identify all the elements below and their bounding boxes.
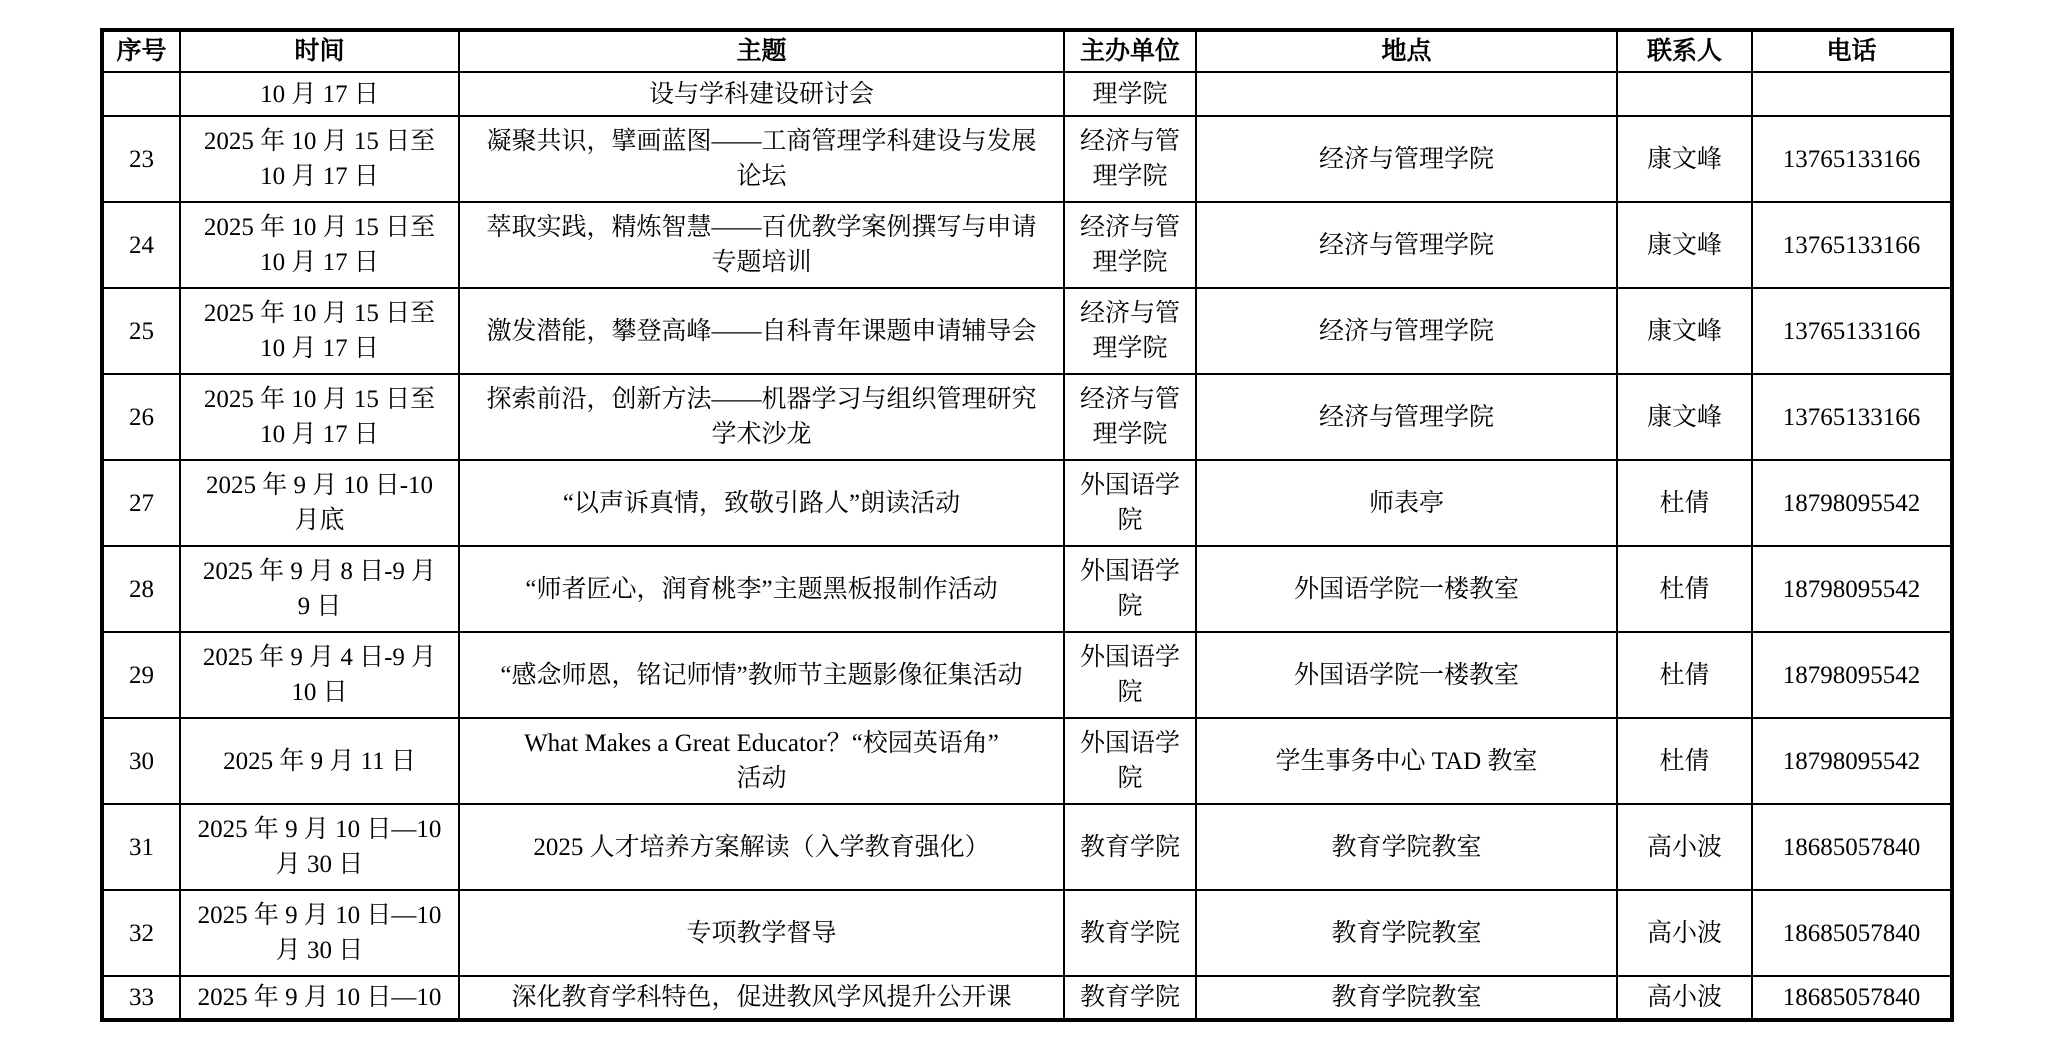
cell-phone: 13765133166 bbox=[1752, 374, 1952, 460]
table-row: 332025 年 9 月 10 日—10深化教育学科特色，促进教风学风提升公开课… bbox=[102, 976, 1952, 1020]
cell-location: 外国语学院一楼教室 bbox=[1196, 546, 1617, 632]
cell-topic: 2025 人才培养方案解读（入学教育强化） bbox=[459, 804, 1064, 890]
cell-no: 27 bbox=[102, 460, 180, 546]
cell-location: 教育学院教室 bbox=[1196, 890, 1617, 976]
cell-location: 外国语学院一楼教室 bbox=[1196, 632, 1617, 718]
cell-contact: 杜倩 bbox=[1617, 546, 1752, 632]
cell-organizer: 外国语学 院 bbox=[1064, 460, 1196, 546]
cell-contact: 高小波 bbox=[1617, 976, 1752, 1020]
cell-no: 25 bbox=[102, 288, 180, 374]
cell-phone: 18685057840 bbox=[1752, 890, 1952, 976]
cell-contact: 高小波 bbox=[1617, 890, 1752, 976]
table-row: 262025 年 10 月 15 日至 10 月 17 日探索前沿，创新方法——… bbox=[102, 374, 1952, 460]
cell-no: 29 bbox=[102, 632, 180, 718]
cell-topic: “以声诉真情，致敬引路人”朗读活动 bbox=[459, 460, 1064, 546]
table-row: 232025 年 10 月 15 日至 10 月 17 日凝聚共识，擘画蓝图——… bbox=[102, 116, 1952, 202]
table-row: 302025 年 9 月 11 日What Makes a Great Educ… bbox=[102, 718, 1952, 804]
cell-no: 32 bbox=[102, 890, 180, 976]
cell-time: 2025 年 9 月 8 日-9 月 9 日 bbox=[180, 546, 459, 632]
cell-no: 28 bbox=[102, 546, 180, 632]
cell-no bbox=[102, 72, 180, 116]
cell-organizer: 外国语学 院 bbox=[1064, 632, 1196, 718]
cell-topic: 激发潜能，攀登高峰——自科青年课题申请辅导会 bbox=[459, 288, 1064, 374]
cell-phone: 18798095542 bbox=[1752, 460, 1952, 546]
cell-no: 33 bbox=[102, 976, 180, 1020]
cell-location bbox=[1196, 72, 1617, 116]
cell-organizer: 外国语学 院 bbox=[1064, 546, 1196, 632]
cell-topic: 专项教学督导 bbox=[459, 890, 1064, 976]
cell-contact: 康文峰 bbox=[1617, 288, 1752, 374]
table-row: 322025 年 9 月 10 日—10 月 30 日专项教学督导教育学院教育学… bbox=[102, 890, 1952, 976]
table-row: 282025 年 9 月 8 日-9 月 9 日“师者匠心，润育桃李”主题黑板报… bbox=[102, 546, 1952, 632]
cell-no: 30 bbox=[102, 718, 180, 804]
cell-contact: 杜倩 bbox=[1617, 460, 1752, 546]
cell-topic: 深化教育学科特色，促进教风学风提升公开课 bbox=[459, 976, 1064, 1020]
cell-organizer: 教育学院 bbox=[1064, 804, 1196, 890]
table-row: 312025 年 9 月 10 日—10 月 30 日2025 人才培养方案解读… bbox=[102, 804, 1952, 890]
cell-time: 2025 年 9 月 4 日-9 月 10 日 bbox=[180, 632, 459, 718]
cell-location: 教育学院教室 bbox=[1196, 804, 1617, 890]
column-header-topic: 主题 bbox=[459, 30, 1064, 72]
column-header-contact: 联系人 bbox=[1617, 30, 1752, 72]
cell-time: 2025 年 9 月 10 日-10 月底 bbox=[180, 460, 459, 546]
cell-contact bbox=[1617, 72, 1752, 116]
cell-topic: 凝聚共识，擘画蓝图——工商管理学科建设与发展 论坛 bbox=[459, 116, 1064, 202]
cell-time: 2025 年 9 月 11 日 bbox=[180, 718, 459, 804]
cell-contact: 杜倩 bbox=[1617, 632, 1752, 718]
cell-organizer: 教育学院 bbox=[1064, 976, 1196, 1020]
cell-topic: 萃取实践，精炼智慧——百优教学案例撰写与申请 专题培训 bbox=[459, 202, 1064, 288]
cell-time: 10 月 17 日 bbox=[180, 72, 459, 116]
table-body: 10 月 17 日设与学科建设研讨会理学院232025 年 10 月 15 日至… bbox=[102, 72, 1952, 1020]
cell-location: 经济与管理学院 bbox=[1196, 374, 1617, 460]
cell-contact: 杜倩 bbox=[1617, 718, 1752, 804]
cell-contact: 康文峰 bbox=[1617, 374, 1752, 460]
column-header-location: 地点 bbox=[1196, 30, 1617, 72]
cell-location: 经济与管理学院 bbox=[1196, 288, 1617, 374]
cell-no: 23 bbox=[102, 116, 180, 202]
cell-location: 教育学院教室 bbox=[1196, 976, 1617, 1020]
cell-organizer: 经济与管 理学院 bbox=[1064, 374, 1196, 460]
cell-organizer: 经济与管 理学院 bbox=[1064, 202, 1196, 288]
cell-organizer: 理学院 bbox=[1064, 72, 1196, 116]
cell-phone: 18798095542 bbox=[1752, 718, 1952, 804]
table-row: 10 月 17 日设与学科建设研讨会理学院 bbox=[102, 72, 1952, 116]
cell-topic: 探索前沿，创新方法——机器学习与组织管理研究 学术沙龙 bbox=[459, 374, 1064, 460]
cell-time: 2025 年 9 月 10 日—10 月 30 日 bbox=[180, 804, 459, 890]
cell-contact: 康文峰 bbox=[1617, 202, 1752, 288]
column-header-organizer: 主办单位 bbox=[1064, 30, 1196, 72]
column-header-phone: 电话 bbox=[1752, 30, 1952, 72]
cell-organizer: 经济与管 理学院 bbox=[1064, 116, 1196, 202]
cell-organizer: 外国语学 院 bbox=[1064, 718, 1196, 804]
cell-phone: 18685057840 bbox=[1752, 976, 1952, 1020]
cell-organizer: 教育学院 bbox=[1064, 890, 1196, 976]
table-row: 292025 年 9 月 4 日-9 月 10 日“感念师恩，铭记师情”教师节主… bbox=[102, 632, 1952, 718]
cell-time: 2025 年 10 月 15 日至 10 月 17 日 bbox=[180, 374, 459, 460]
cell-time: 2025 年 9 月 10 日—10 bbox=[180, 976, 459, 1020]
cell-contact: 康文峰 bbox=[1617, 116, 1752, 202]
schedule-table: 序号时间主题主办单位地点联系人电话 10 月 17 日设与学科建设研讨会理学院2… bbox=[100, 28, 1954, 1022]
cell-location: 师表亭 bbox=[1196, 460, 1617, 546]
cell-phone: 18798095542 bbox=[1752, 632, 1952, 718]
cell-no: 26 bbox=[102, 374, 180, 460]
cell-phone bbox=[1752, 72, 1952, 116]
cell-no: 31 bbox=[102, 804, 180, 890]
cell-organizer: 经济与管 理学院 bbox=[1064, 288, 1196, 374]
cell-topic: What Makes a Great Educator？“校园英语角” 活动 bbox=[459, 718, 1064, 804]
cell-time: 2025 年 10 月 15 日至 10 月 17 日 bbox=[180, 288, 459, 374]
cell-phone: 18685057840 bbox=[1752, 804, 1952, 890]
cell-topic: “感念师恩，铭记师情”教师节主题影像征集活动 bbox=[459, 632, 1064, 718]
cell-time: 2025 年 10 月 15 日至 10 月 17 日 bbox=[180, 116, 459, 202]
column-header-no: 序号 bbox=[102, 30, 180, 72]
table-row: 272025 年 9 月 10 日-10 月底“以声诉真情，致敬引路人”朗读活动… bbox=[102, 460, 1952, 546]
cell-location: 学生事务中心 TAD 教室 bbox=[1196, 718, 1617, 804]
column-header-time: 时间 bbox=[180, 30, 459, 72]
cell-phone: 18798095542 bbox=[1752, 546, 1952, 632]
cell-phone: 13765133166 bbox=[1752, 116, 1952, 202]
cell-phone: 13765133166 bbox=[1752, 202, 1952, 288]
cell-topic: 设与学科建设研讨会 bbox=[459, 72, 1064, 116]
cell-topic: “师者匠心，润育桃李”主题黑板报制作活动 bbox=[459, 546, 1064, 632]
table-row: 252025 年 10 月 15 日至 10 月 17 日激发潜能，攀登高峰——… bbox=[102, 288, 1952, 374]
cell-time: 2025 年 10 月 15 日至 10 月 17 日 bbox=[180, 202, 459, 288]
cell-phone: 13765133166 bbox=[1752, 288, 1952, 374]
cell-location: 经济与管理学院 bbox=[1196, 116, 1617, 202]
table-row: 242025 年 10 月 15 日至 10 月 17 日萃取实践，精炼智慧——… bbox=[102, 202, 1952, 288]
cell-contact: 高小波 bbox=[1617, 804, 1752, 890]
table-header-row: 序号时间主题主办单位地点联系人电话 bbox=[102, 30, 1952, 72]
document-page: 序号时间主题主办单位地点联系人电话 10 月 17 日设与学科建设研讨会理学院2… bbox=[0, 0, 2048, 1040]
cell-time: 2025 年 9 月 10 日—10 月 30 日 bbox=[180, 890, 459, 976]
cell-no: 24 bbox=[102, 202, 180, 288]
cell-location: 经济与管理学院 bbox=[1196, 202, 1617, 288]
